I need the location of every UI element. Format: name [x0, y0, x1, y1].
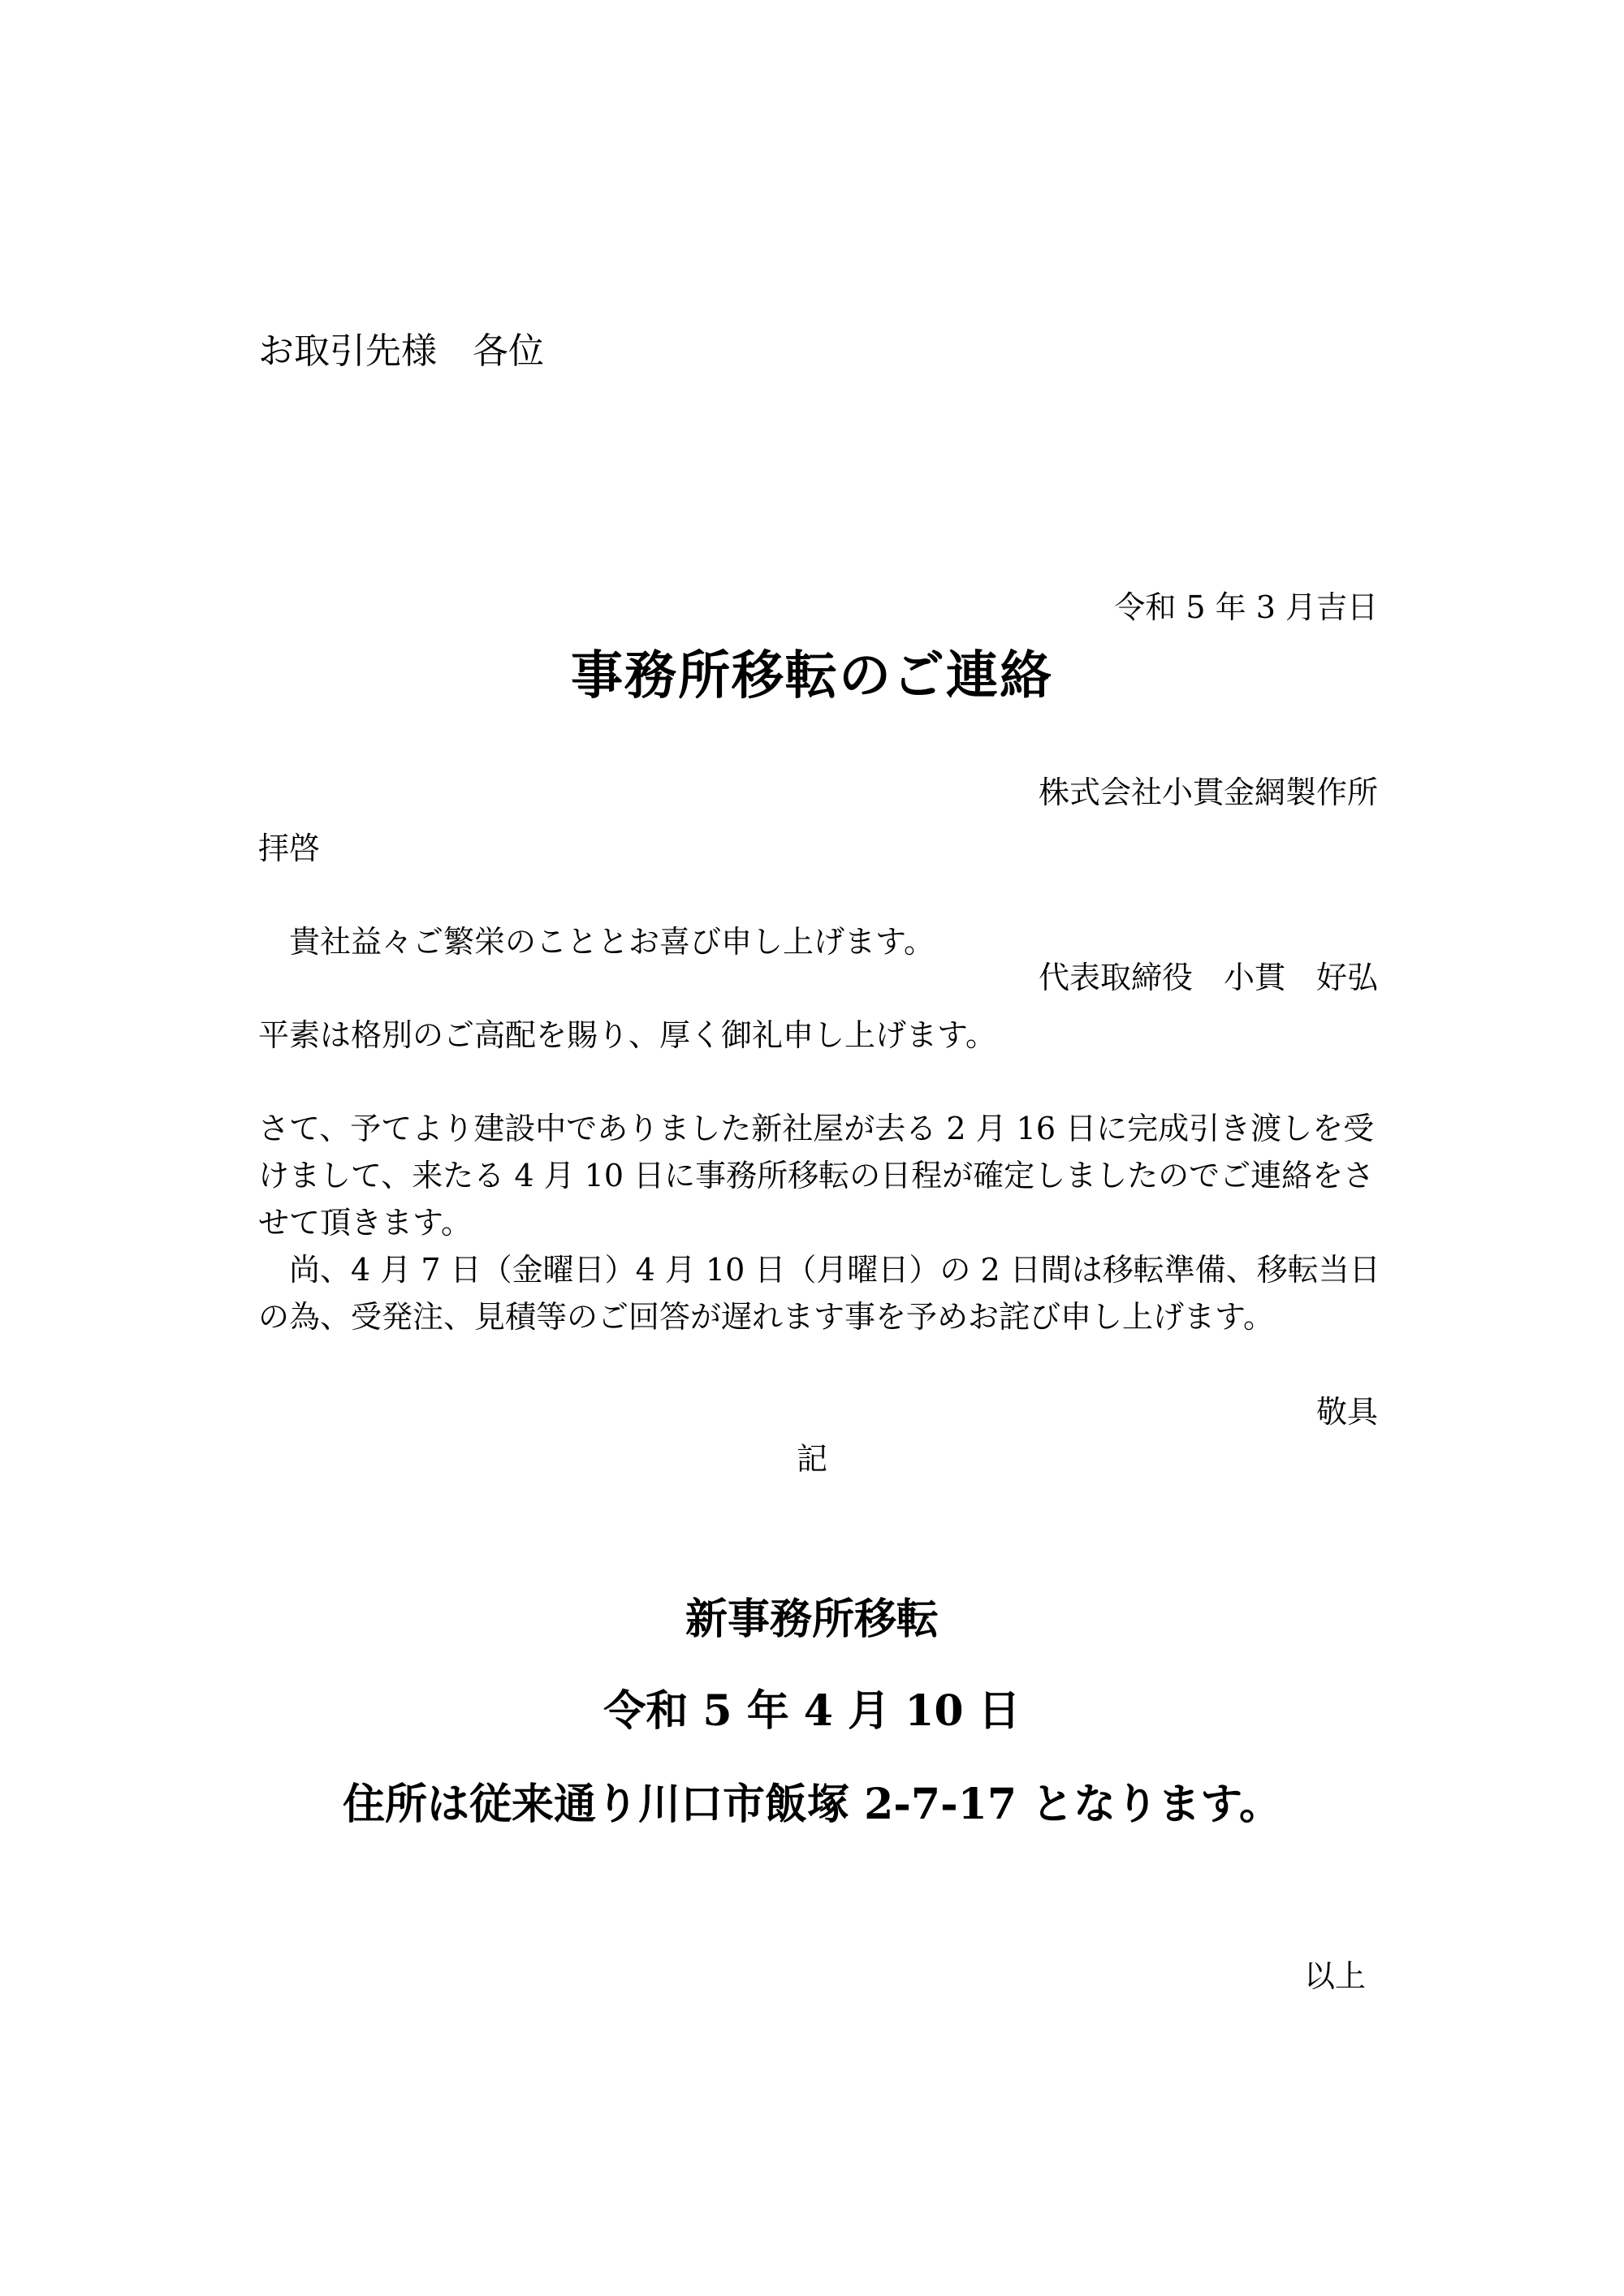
closing-keigu: 敬具 [1316, 1388, 1378, 1435]
body-line: 尚、4 月 7 日（金曜日）4 月 10 日（月曜日）の 2 日間は移転準備、移… [258, 1246, 1372, 1293]
notice-address-line: 住所は従来通り川口市飯塚 2-7-17 となります。 [0, 1780, 1624, 1829]
recipient-line: お取引先様 各位 [258, 328, 544, 375]
body-line: けまして、来たる 4 月 10 日に事務所移転の日程が確定しましたのでご連絡をさ [258, 1152, 1372, 1199]
representative-line: 代表取締役 小貫 好弘 [1039, 947, 1378, 1008]
salutation-haikei: 拝啓 [258, 825, 320, 872]
notice-moving-date: 令和 5 年 4 月 10 日 [0, 1687, 1624, 1736]
body-line: せて頂きます。 [258, 1199, 1372, 1246]
courtesy-thanks-line: 平素は格別のご高配を賜り、厚く御礼申し上げます。 [258, 1012, 996, 1059]
letter-page: お取引先様 各位 令和 5 年 3 月吉日 株式会社小貫金網製作所 代表取締役 … [0, 0, 1624, 2296]
record-marker-ki: 記 [0, 1435, 1624, 1482]
end-marker-ijou: 以上 [1304, 1953, 1366, 2000]
body-line: さて、予てより建設中でありました新社屋が去る 2 月 16 日に完成引き渡しを受 [258, 1105, 1372, 1152]
date-line: 令和 5 年 3 月吉日 [1039, 576, 1378, 638]
opening-greeting-line: 貴社益々ご繁栄のこととお喜び申し上げます。 [258, 918, 935, 965]
document-title: 事務所移転のご連絡 [0, 645, 1624, 707]
sender-block: 令和 5 年 3 月吉日 株式会社小貫金網製作所 代表取締役 小貫 好弘 [1039, 453, 1378, 1132]
company-name-line: 株式会社小貫金網製作所 [1039, 762, 1378, 823]
notice-heading: 新事務所移転 [0, 1595, 1624, 1644]
body-paragraph: さて、予てより建設中でありました新社屋が去る 2 月 16 日に完成引き渡しを受… [258, 1105, 1372, 1340]
body-line: の為、受発注、見積等のご回答が遅れます事を予めお詫び申し上げます。 [258, 1293, 1372, 1340]
